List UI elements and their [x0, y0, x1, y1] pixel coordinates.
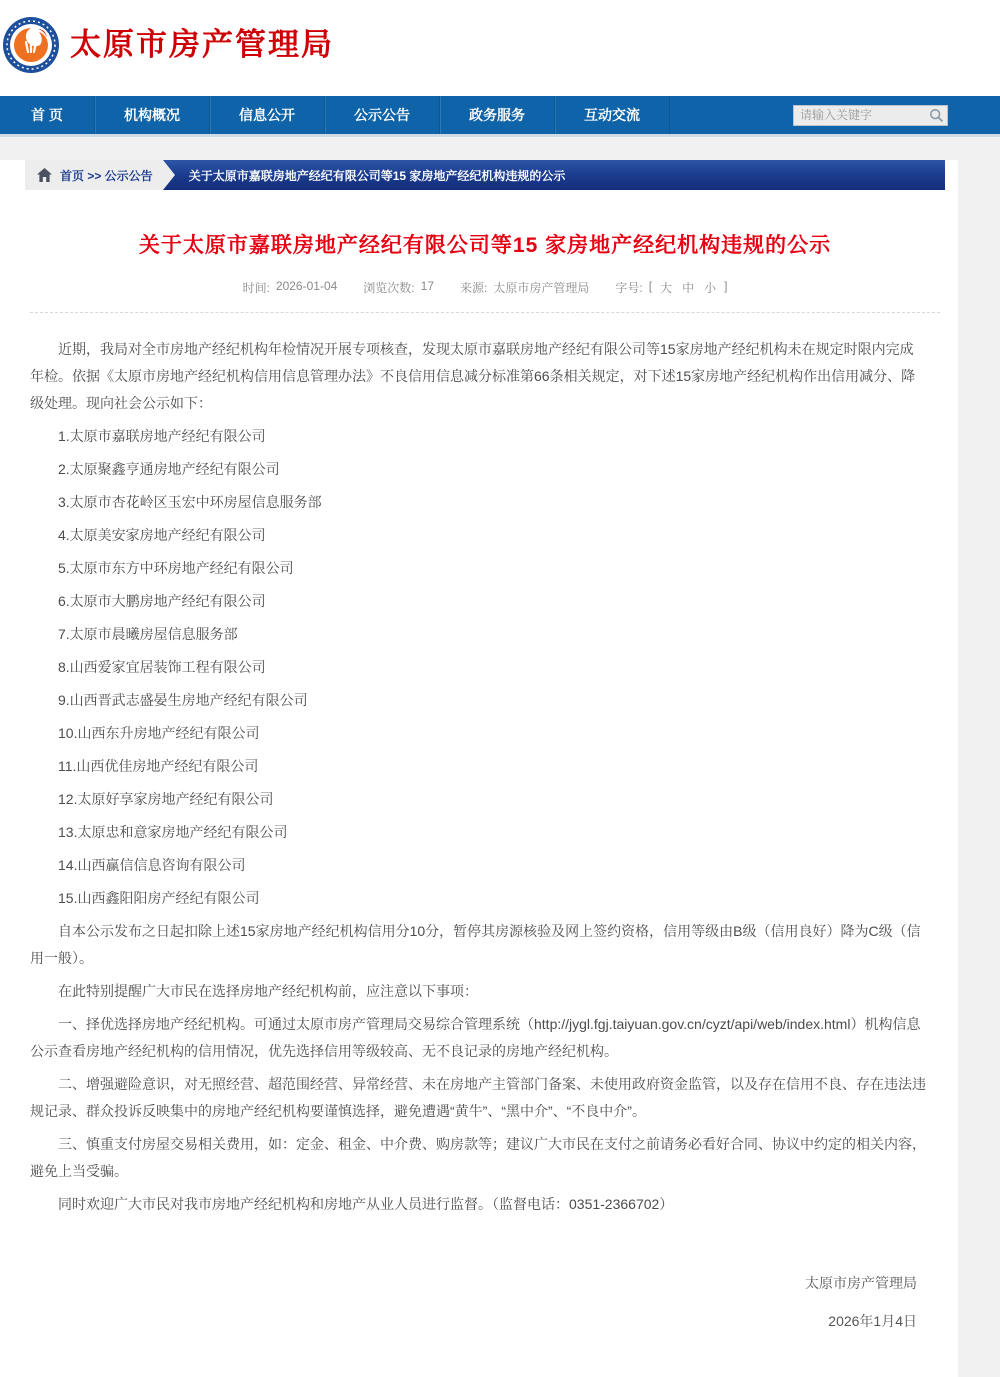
- meta-views-label: 浏览次数:: [363, 279, 414, 296]
- nav-item-home[interactable]: 首 页: [0, 96, 95, 134]
- site-header: 太原市房产管理局: [0, 0, 1000, 96]
- company-item: 13.太原忠和意家房地产经纪有限公司: [30, 819, 927, 846]
- fontsize-medium-button[interactable]: 中: [682, 279, 694, 296]
- article-paragraph-penalty: 自本公示发布之日起扣除上述15家房地产经纪机构信用分10分，暂停其房源核验及网上…: [30, 918, 927, 972]
- fontsize-small-button[interactable]: 小: [704, 279, 716, 296]
- signature-org: 太原市房产管理局: [25, 1270, 917, 1297]
- meta-time-value: 2026-01-04: [276, 279, 337, 296]
- article-paragraph-closing: 同时欢迎广大市民对我市房地产经纪机构和房地产从业人员进行监督。（监督电话：035…: [30, 1191, 927, 1218]
- company-item: 4.太原美安家房地产经纪有限公司: [30, 522, 927, 549]
- breadcrumb: 首页 >> 公示公告 关于太原市嘉联房地产经纪有限公司等15 家房地产经纪机构违…: [25, 160, 945, 190]
- breadcrumb-current: 关于太原市嘉联房地产经纪有限公司等15 家房地产经纪机构违规的公示: [163, 160, 945, 190]
- meta-views-value: 17: [421, 279, 434, 296]
- home-icon[interactable]: [37, 168, 52, 182]
- company-item: 10.山西东升房地产经纪有限公司: [30, 720, 927, 747]
- dashed-separator: [30, 312, 940, 313]
- company-item: 3.太原市杏花岭区玉宏中环房屋信息服务部: [30, 489, 927, 516]
- nav-item-interaction[interactable]: 互动交流: [555, 96, 670, 134]
- nav-item-overview[interactable]: 机构概况: [95, 96, 210, 134]
- article-signature: 太原市房产管理局 2026年1月4日: [25, 1270, 945, 1335]
- article: 关于太原市嘉联房地产经纪有限公司等15 家房地产经纪机构违规的公示 时间: 20…: [25, 229, 945, 1335]
- nav-item-gov-services[interactable]: 政务服务: [440, 96, 555, 134]
- main-nav: 首 页 机构概况 信息公开 公示公告 政务服务 互动交流: [0, 96, 1000, 137]
- company-item: 15.山西鑫阳阳房产经纪有限公司: [30, 885, 927, 912]
- article-paragraph-reminder: 在此特别提醒广大市民在选择房地产经纪机构前，应注意以下事项：: [30, 978, 927, 1005]
- article-paragraph-intro: 近期，我局对全市房地产经纪机构年检情况开展专项核查，发现太原市嘉联房地产经纪有限…: [30, 336, 927, 417]
- article-paragraph-item-one: 一、择优选择房地产经纪机构。可通过太原市房产管理局交易综合管理系统（http:/…: [30, 1011, 927, 1065]
- site-title: 太原市房产管理局: [70, 19, 334, 64]
- meta-fontsize-label: 字号:: [615, 279, 642, 296]
- signature-date: 2026年1月4日: [25, 1308, 917, 1335]
- meta-time-label: 时间:: [243, 279, 270, 296]
- breadcrumb-path-segment: 首页 >> 公示公告: [25, 160, 163, 190]
- nav-item-announcements[interactable]: 公示公告: [325, 96, 440, 134]
- company-item: 8.山西爱家宜居装饰工程有限公司: [30, 654, 927, 681]
- company-item: 11.山西优佳房地产经纪有限公司: [30, 753, 927, 780]
- meta-source-value: 太原市房产管理局: [493, 279, 589, 296]
- article-title: 关于太原市嘉联房地产经纪有限公司等15 家房地产经纪机构违规的公示: [25, 229, 945, 259]
- bureau-emblem-icon: [2, 16, 60, 74]
- article-meta: 时间: 2026-01-04 浏览次数: 17 来源: 太原市房产管理局 字号:…: [25, 279, 945, 296]
- nav-item-info-disclosure[interactable]: 信息公开: [210, 96, 325, 134]
- article-body: 近期，我局对全市房地产经纪机构年检情况开展专项核查，发现太原市嘉联房地产经纪有限…: [25, 336, 945, 1218]
- company-item: 14.山西赢信信息咨询有限公司: [30, 852, 927, 879]
- article-paragraph-item-two: 二、增强避险意识，对无照经营、超范围经营、异常经营、未在房地产主管部门备案、未使…: [30, 1071, 927, 1125]
- meta-source-label: 来源:: [460, 279, 487, 296]
- company-item: 6.太原市大鹏房地产经纪有限公司: [30, 588, 927, 615]
- company-item: 12.太原好享家房地产经纪有限公司: [30, 786, 927, 813]
- search-icon[interactable]: [929, 108, 944, 123]
- content-page: 首页 >> 公示公告 关于太原市嘉联房地产经纪有限公司等15 家房地产经纪机构违…: [0, 160, 958, 1377]
- company-item: 5.太原市东方中环房地产经纪有限公司: [30, 555, 927, 582]
- company-item: 1.太原市嘉联房地产经纪有限公司: [30, 423, 927, 450]
- company-item: 9.山西晋武志盛晏生房地产经纪有限公司: [30, 687, 927, 714]
- search-input[interactable]: [793, 105, 948, 126]
- fontsize-large-button[interactable]: 大: [660, 279, 672, 296]
- fontsize-bracket-open: [: [649, 279, 652, 296]
- fontsize-bracket-close: ]: [724, 279, 727, 296]
- company-item: 2.太原聚鑫亨通房地产经纪有限公司: [30, 456, 927, 483]
- company-item: 7.太原市晨曦房屋信息服务部: [30, 621, 927, 648]
- search-box: [793, 105, 948, 126]
- breadcrumb-path[interactable]: 首页 >> 公示公告: [60, 167, 153, 184]
- article-paragraph-item-three: 三、慎重支付房屋交易相关费用，如：定金、租金、中介费、购房款等；建议广大市民在支…: [30, 1131, 927, 1185]
